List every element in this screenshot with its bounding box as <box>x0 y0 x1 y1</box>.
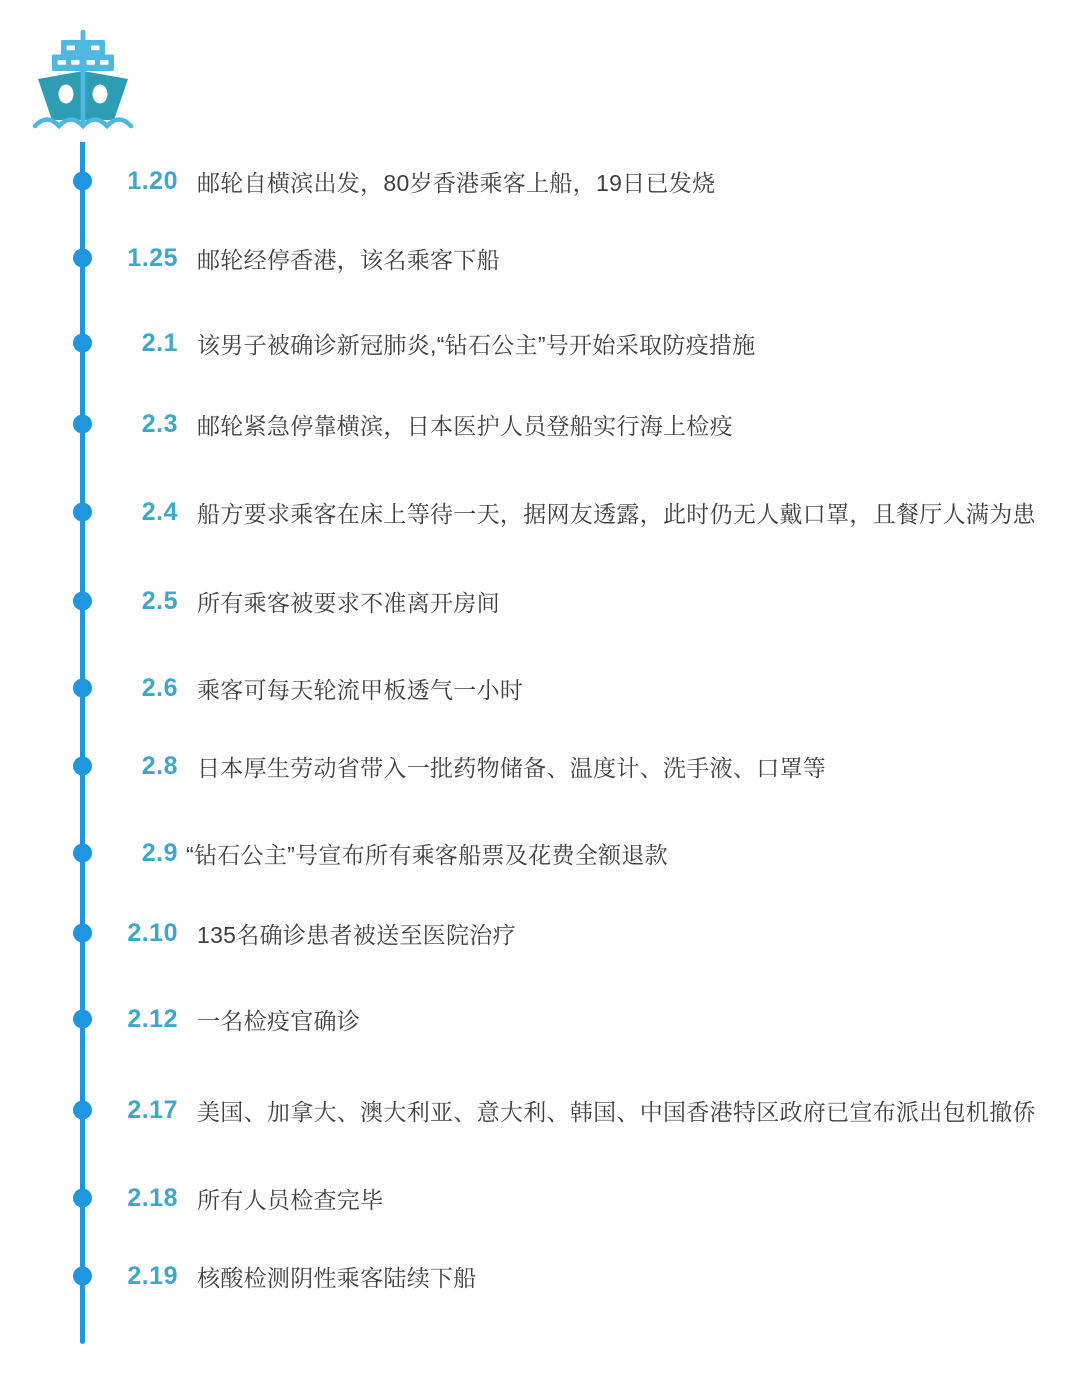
timeline-text: 所有乘客被要求不准离开房间 <box>197 585 500 618</box>
timeline-item: 2.12 一名检疫官确诊 <box>0 997 1080 1041</box>
timeline-item: 2.5 所有乘客被要求不准离开房间 <box>0 579 1080 623</box>
timeline-dot <box>73 503 92 522</box>
timeline-dot <box>73 1267 92 1286</box>
timeline-text: 日本厚生劳动省带入一批药物储备、温度计、洗手液、口罩等 <box>197 750 826 783</box>
timeline-date: 1.20 <box>116 167 178 196</box>
timeline-item: 2.8 日本厚生劳动省带入一批药物储备、温度计、洗手液、口罩等 <box>0 744 1080 788</box>
timeline-text: 邮轮经停香港，该名乘客下船 <box>197 242 500 275</box>
timeline-dot <box>73 1010 92 1029</box>
timeline-dot <box>73 844 92 863</box>
timeline-date: 2.10 <box>116 919 178 948</box>
timeline-dot <box>73 172 92 191</box>
timeline-text: 乘客可每天轮流甲板透气一小时 <box>197 672 523 705</box>
timeline-date: 2.6 <box>116 674 178 703</box>
timeline-dot <box>73 592 92 611</box>
timeline-date: 2.8 <box>116 752 178 781</box>
timeline-item: 2.6 乘客可每天轮流甲板透气一小时 <box>0 666 1080 710</box>
timeline-dot <box>73 924 92 943</box>
timeline-dot <box>73 334 92 353</box>
timeline-dot <box>73 415 92 434</box>
timeline-text: “钻石公主”号宣布所有乘客船票及花费全额退款 <box>186 837 668 870</box>
cruise-ship-icon <box>33 30 133 142</box>
timeline-date: 2.18 <box>116 1184 178 1213</box>
timeline-item: 2.19 核酸检测阴性乘客陆续下船 <box>0 1254 1080 1298</box>
timeline-item: 2.18 所有人员检查完毕 <box>0 1176 1080 1220</box>
timeline-text: 一名检疫官确诊 <box>197 1003 360 1036</box>
timeline-item: 1.25 邮轮经停香港，该名乘客下船 <box>0 236 1080 280</box>
timeline-text: 邮轮紧急停靠横滨，日本医护人员登船实行海上检疫 <box>197 408 733 441</box>
timeline-text: 135名确诊患者被送至医院治疗 <box>197 917 516 950</box>
timeline-date: 2.3 <box>116 410 178 439</box>
timeline-item: 1.20 邮轮自横滨出发，80岁香港乘客上船，19日已发烧 <box>0 159 1080 203</box>
timeline-text: 美国、加拿大、澳大利亚、意大利、韩国、中国香港特区政府已宣布派出包机撤侨 <box>197 1094 1036 1127</box>
timeline-dot <box>73 757 92 776</box>
timeline-item: 2.17 美国、加拿大、澳大利亚、意大利、韩国、中国香港特区政府已宣布派出包机撤… <box>0 1088 1080 1132</box>
timeline-item: 2.1 该男子被确诊新冠肺炎,“钻石公主”号开始采取防疫措施 <box>0 321 1080 365</box>
timeline-date: 2.17 <box>116 1096 178 1125</box>
timeline-text: 船方要求乘客在床上等待一天，据网友透露，此时仍无人戴口罩，且餐厅人满为患 <box>197 496 1036 529</box>
timeline-date: 2.9 <box>116 839 178 868</box>
timeline-item: 2.10 135名确诊患者被送至医院治疗 <box>0 911 1080 955</box>
timeline-dot <box>73 1101 92 1120</box>
timeline-item: 2.3 邮轮紧急停靠横滨，日本医护人员登船实行海上检疫 <box>0 402 1080 446</box>
timeline-date: 2.19 <box>116 1262 178 1291</box>
timeline-date: 1.25 <box>116 244 178 273</box>
timeline-dot <box>73 249 92 268</box>
timeline-date: 2.4 <box>116 498 178 527</box>
timeline-text: 邮轮自横滨出发，80岁香港乘客上船，19日已发烧 <box>197 165 715 198</box>
timeline-item: 2.9 “钻石公主”号宣布所有乘客船票及花费全额退款 <box>0 831 1080 875</box>
timeline-dot <box>73 1189 92 1208</box>
timeline-date: 2.5 <box>116 587 178 616</box>
timeline-text: 该男子被确诊新冠肺炎,“钻石公主”号开始采取防疫措施 <box>197 327 756 360</box>
timeline-line <box>80 136 85 1344</box>
timeline-text: 所有人员检查完毕 <box>197 1182 383 1215</box>
timeline-date: 2.12 <box>116 1005 178 1034</box>
timeline-infographic: 1.20 邮轮自横滨出发，80岁香港乘客上船，19日已发烧 1.25 邮轮经停香… <box>0 0 1080 1378</box>
timeline-text: 核酸检测阴性乘客陆续下船 <box>197 1260 477 1293</box>
timeline-item: 2.4 船方要求乘客在床上等待一天，据网友透露，此时仍无人戴口罩，且餐厅人满为患 <box>0 490 1080 534</box>
timeline-date: 2.1 <box>116 329 178 358</box>
timeline-dot <box>73 679 92 698</box>
